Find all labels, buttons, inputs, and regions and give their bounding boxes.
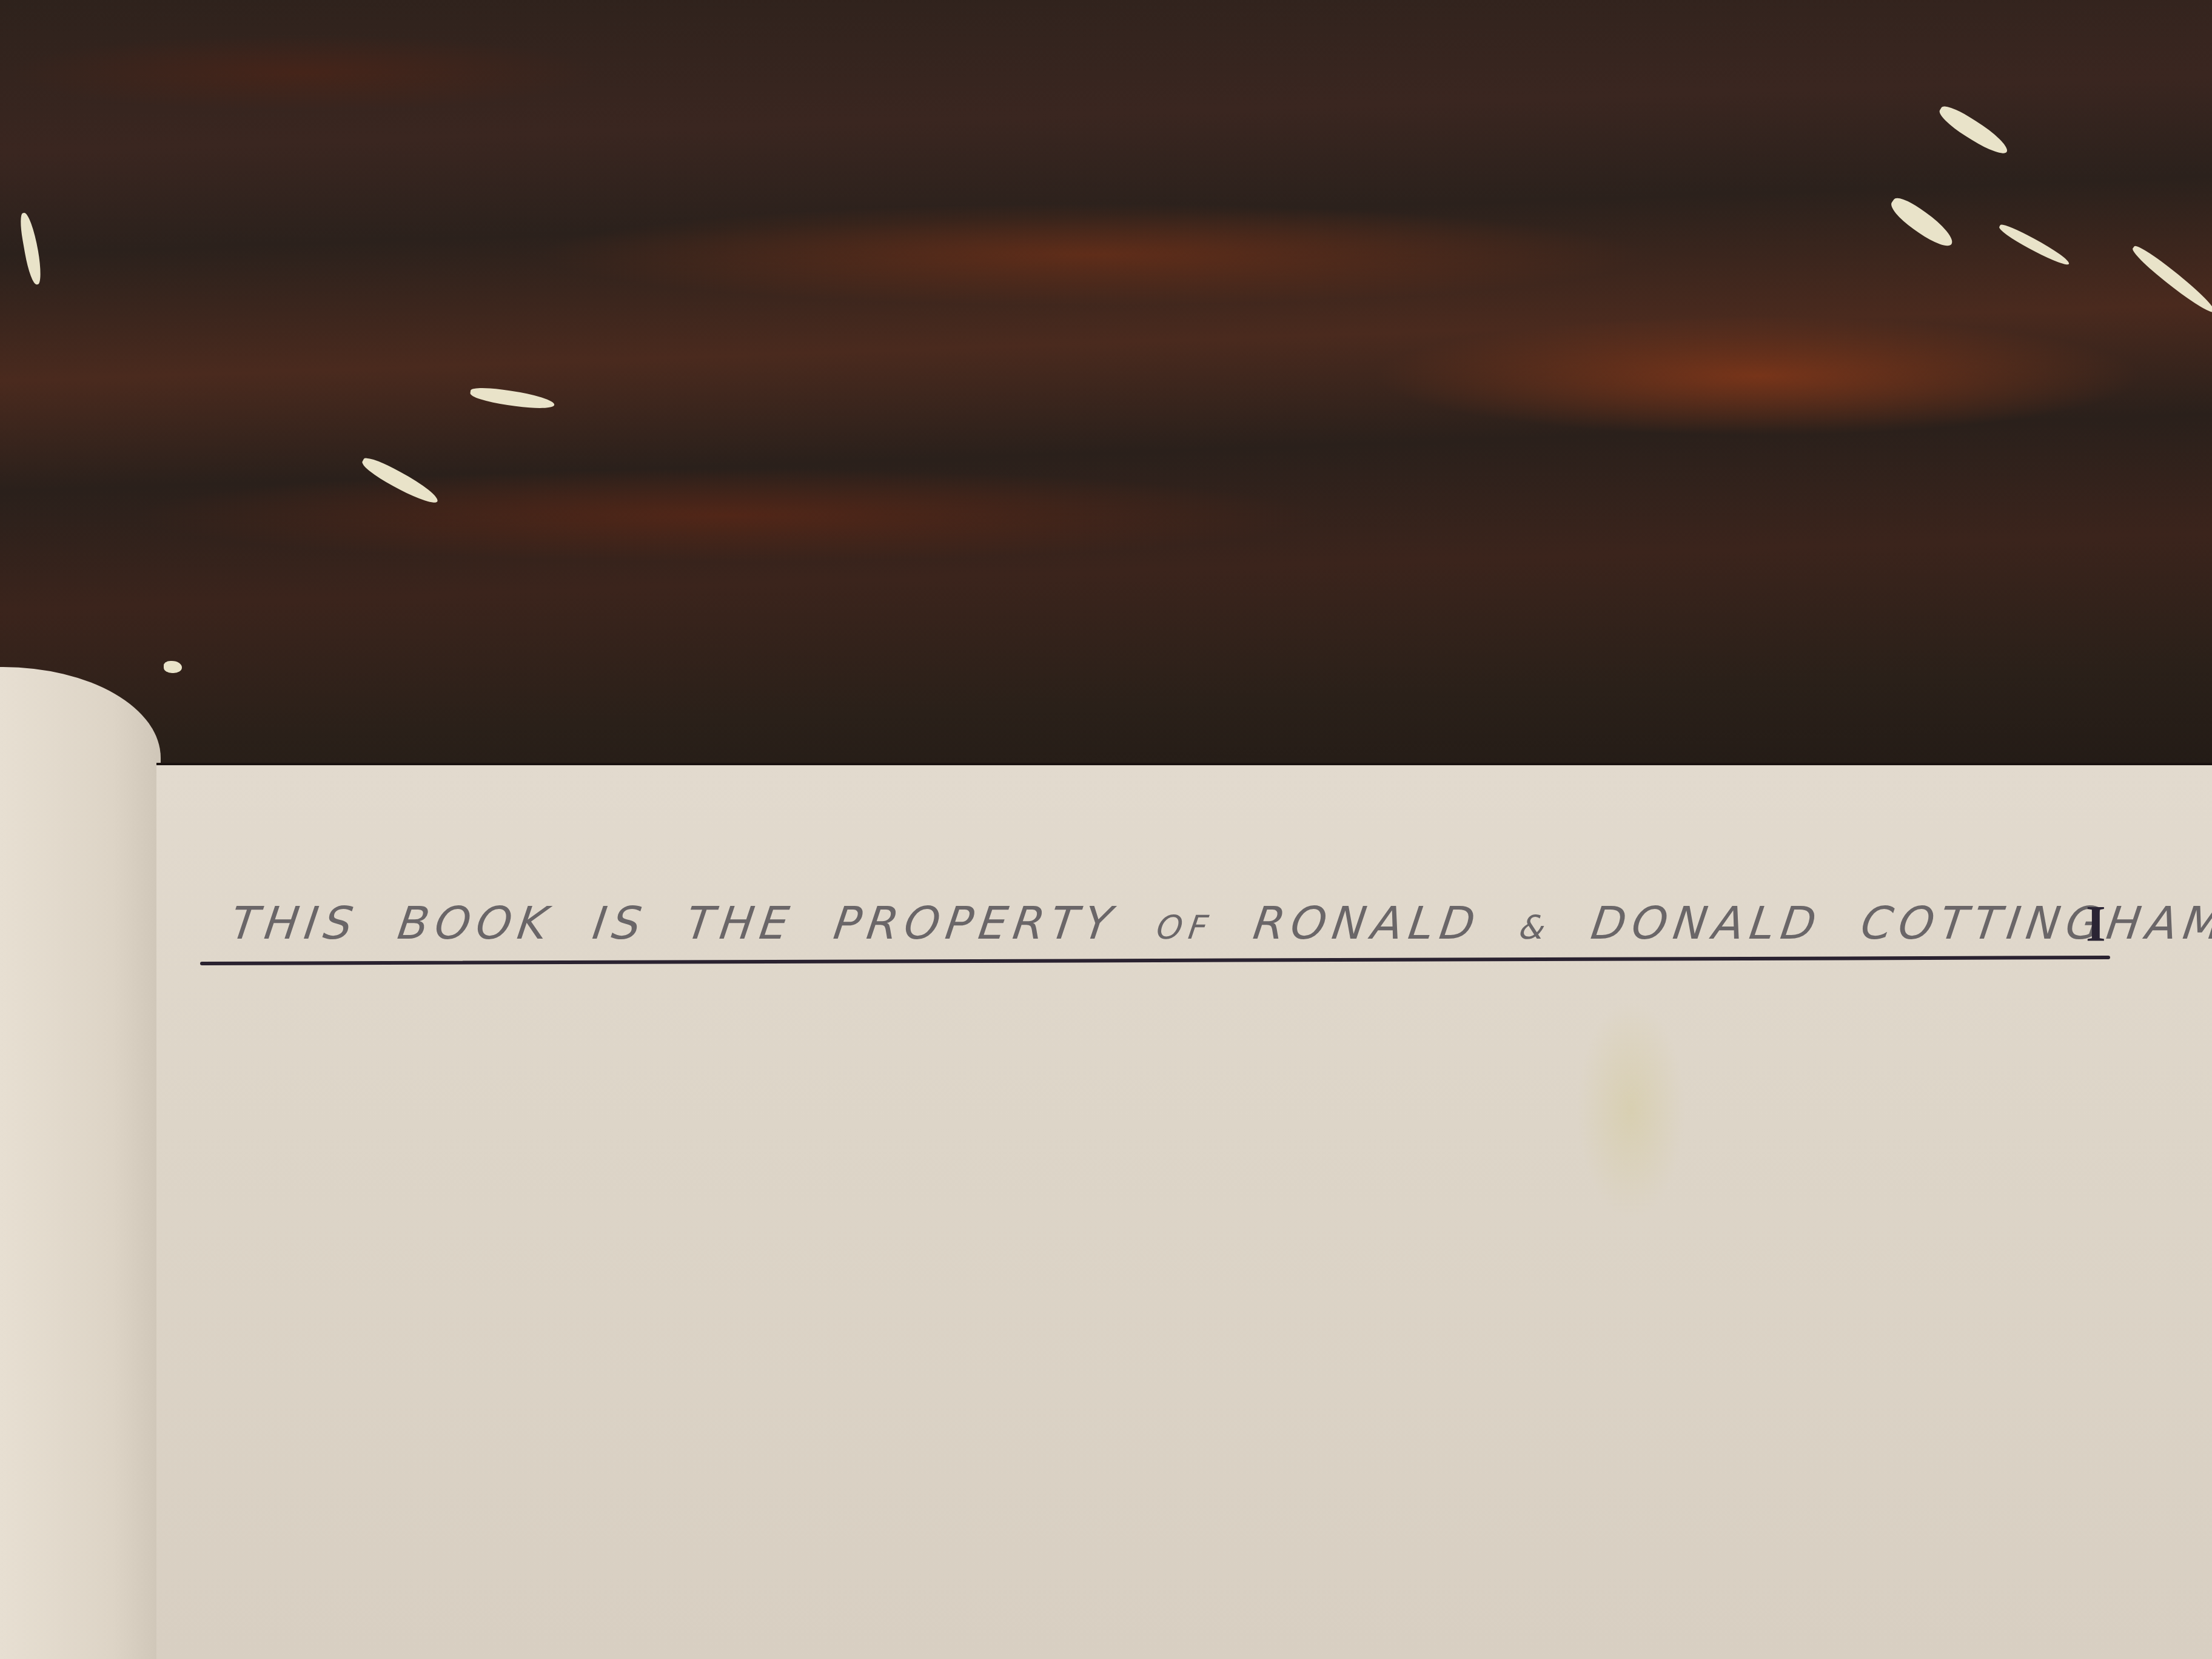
ownership-inscription: THIS BOOK IS THE PROPERTY OF RONALD & DO…: [226, 897, 2114, 964]
inscription-word: OF: [1154, 908, 1216, 947]
wood-flake: [1997, 222, 2071, 269]
wood-flake: [469, 385, 555, 411]
wood-flake: [164, 661, 182, 673]
inscription-word: DONALD: [1588, 897, 1826, 950]
inscription-word: THIS: [228, 897, 363, 950]
paper-stain: [1577, 1000, 1686, 1219]
wood-flake: [1935, 102, 2012, 159]
wood-flake: [18, 212, 44, 286]
inscription-word: RONALD: [1250, 897, 1484, 950]
turned-page-edge: [0, 667, 161, 1659]
wood-flake: [1886, 193, 1958, 252]
inscription-word: BOOK: [395, 897, 557, 950]
wood-flake: [2129, 243, 2212, 317]
wood-flake: [359, 454, 441, 508]
inscription-word: PROPERTY: [831, 897, 1122, 950]
inscription-word: &: [1517, 908, 1554, 947]
page-numeral: I: [2086, 895, 2106, 954]
inscription-word: IS: [589, 897, 651, 950]
wood-surface: [0, 0, 2212, 770]
inscription-word: COTTINGHAM: [1858, 897, 2212, 950]
inscription-word: THE: [683, 897, 798, 950]
